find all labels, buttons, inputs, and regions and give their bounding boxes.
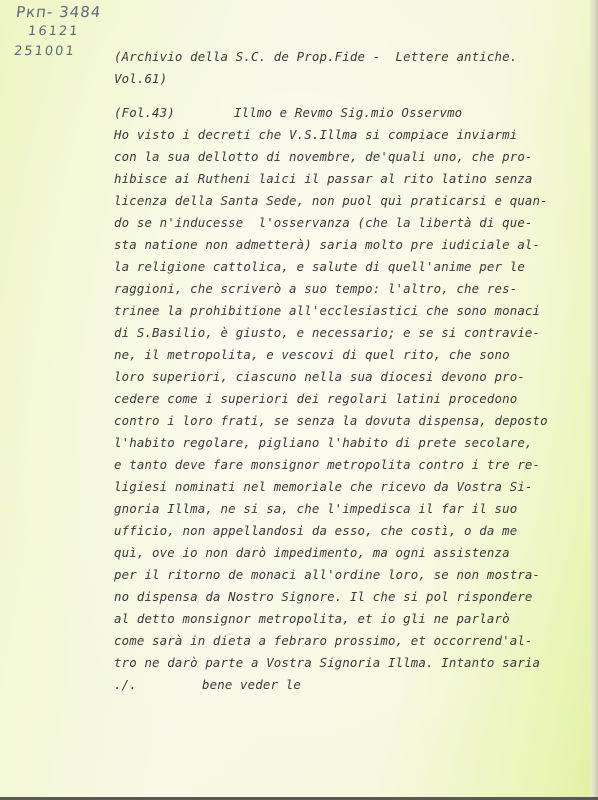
body-line: la religione cattolica, e salute di quel… <box>114 256 584 278</box>
body-line: ligiesi nominati nel memoriale che ricev… <box>114 476 584 498</box>
body-line: l'habito regolare, pigliano l'habito di … <box>114 432 584 454</box>
archive-header: (Archivio della S.C. de Prop.Fide - Lett… <box>114 46 584 90</box>
body-line: hibisce ai Rutheni laici il passar al ri… <box>114 168 584 190</box>
body-line: di S.Basilio, è giusto, e necessario; e … <box>114 322 584 344</box>
body-line: come sarà in dieta a febraro prossimo, e… <box>114 630 584 652</box>
salutation: Illmo e Revmo Sig.mio Osservmo <box>234 105 462 120</box>
body-line: no dispensa da Nostro Signore. Il che si… <box>114 586 584 608</box>
body-line: loro superiori, ciascuno nella sua dioce… <box>114 366 584 388</box>
spacer <box>114 90 584 102</box>
folio-reference: (Fol.43) <box>114 102 234 124</box>
salutation-line: (Fol.43)Illmo e Revmo Sig.mio Osservmo <box>114 102 584 124</box>
body-line: al detto monsignor metropolita, et io gl… <box>114 608 584 630</box>
body-line: ufficio, non appellandosi da esso, che c… <box>114 520 584 542</box>
page-right-edge <box>590 0 598 800</box>
catalog-number: 16121 <box>27 22 100 42</box>
manuscript-number: Ркп- 3484 <box>15 2 102 22</box>
body-line: licenza della Santa Sede, non puol quì p… <box>114 190 584 212</box>
body-line: per il ritorno de monaci all'ordine loro… <box>114 564 584 586</box>
body-line: gnoria Illma, ne si sa, che l'impedisca … <box>114 498 584 520</box>
catchword: bene veder le <box>202 677 301 692</box>
body-line: tro ne darò parte a Vostra Signoria Illm… <box>114 652 584 674</box>
body-line: e tanto deve fare monsignor metropolita … <box>114 454 584 476</box>
body-line: raggioni, che scriverò a suo tempo: l'al… <box>114 278 584 300</box>
body-line: quì, ove io non darò impedimento, ma ogn… <box>114 542 584 564</box>
typed-transcription: (Archivio della S.C. de Prop.Fide - Lett… <box>114 46 584 696</box>
body-line: do se n'inducesse l'osservanza (che la l… <box>114 212 584 234</box>
archive-volume-line: Vol.61) <box>114 68 584 90</box>
continuation-mark: ./. <box>114 674 202 696</box>
letter-body: Ho visto i decreti che V.S.Illma si comp… <box>114 124 584 674</box>
body-line: cedere come i superiori dei regolari lat… <box>114 388 584 410</box>
body-line: contro i loro frati, se senza la dovuta … <box>114 410 584 432</box>
archive-source-line: (Archivio della S.C. de Prop.Fide - Lett… <box>114 46 584 68</box>
body-line: trinee la prohibitione all'ecclesiastici… <box>114 300 584 322</box>
closing-line: ./.bene veder le <box>114 674 584 696</box>
inventory-number: 251001 <box>13 42 98 62</box>
body-line: ne, il metropolita, e vescovi di quel ri… <box>114 344 584 366</box>
body-line: Ho visto i decreti che V.S.Illma si comp… <box>114 124 584 146</box>
body-line: con la sua dellotto di novembre, de'qual… <box>114 146 584 168</box>
handwritten-catalog-notes: Ркп- 3484 16121 251001 <box>11 2 103 62</box>
body-line: sta natione non admetterà) saria molto p… <box>114 234 584 256</box>
